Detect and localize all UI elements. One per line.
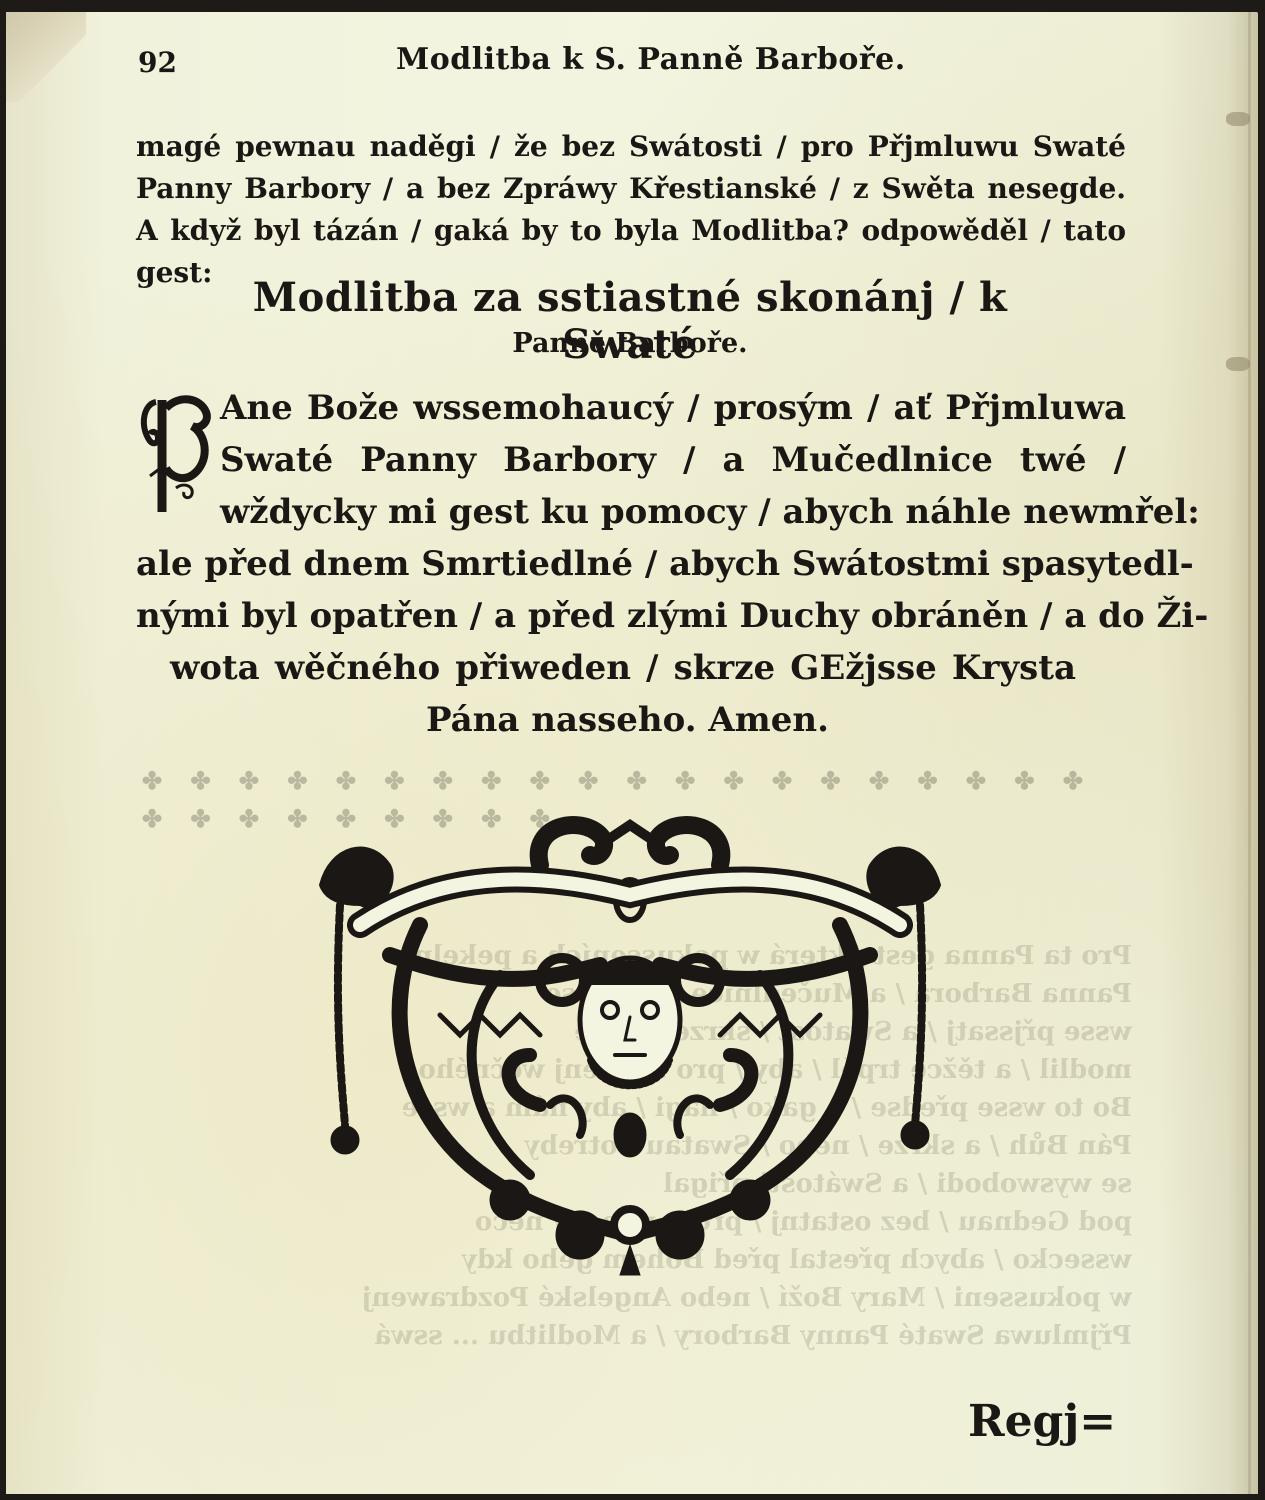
page-bottom-edge [0,1494,1265,1500]
page-fold-line [1248,12,1251,1496]
prayer-line-amen: Pána nasseho. Amen. [426,700,826,740]
text-line: A když byl tázán / gaká by to byla Modli… [136,210,1126,252]
prayer-line: nými byl opatřen / a před zlými Duchy ob… [136,596,1126,636]
prayer-line: Swaté Panny Barbory / a Mučedlnice twé / [220,440,1126,480]
page-number: 92 [138,46,177,79]
catchword: Regj= [968,1396,1116,1447]
running-head: Modlitba k S. Panně Barboře. [396,42,906,77]
text-line: magé pewnau naděgi / že bez Swátosti / p… [136,126,1126,168]
prayer-line: Ane Bože wssemohaucý / prosým / ať Přjml… [220,388,1126,428]
prayer-line: wota wěčného přiweden / skrze GEžjsse Kr… [170,648,1076,688]
text-line: Panny Barbory / a bez Zpráwy Křestianské… [136,168,1126,210]
intro-paragraph: magé pewnau naděgi / že bez Swátosti / p… [136,126,1126,294]
page-header: 92 Modlitba k S. Panně Barboře. [138,42,1138,82]
folded-corner [6,12,86,102]
ornamental-woodcut-icon [300,805,960,1285]
page-edge-tear [1226,357,1250,371]
prayer-heading-line-2: Panně Barboře. [200,328,1060,359]
drop-cap-p-icon [136,394,214,514]
prayer-line: ale před dnem Smrtiedlné / abych Swátost… [136,544,1126,584]
page-edge-tear [1226,112,1250,126]
prayer-line: wždycky mi gest ku pomocy / abych náhle … [220,492,1126,532]
